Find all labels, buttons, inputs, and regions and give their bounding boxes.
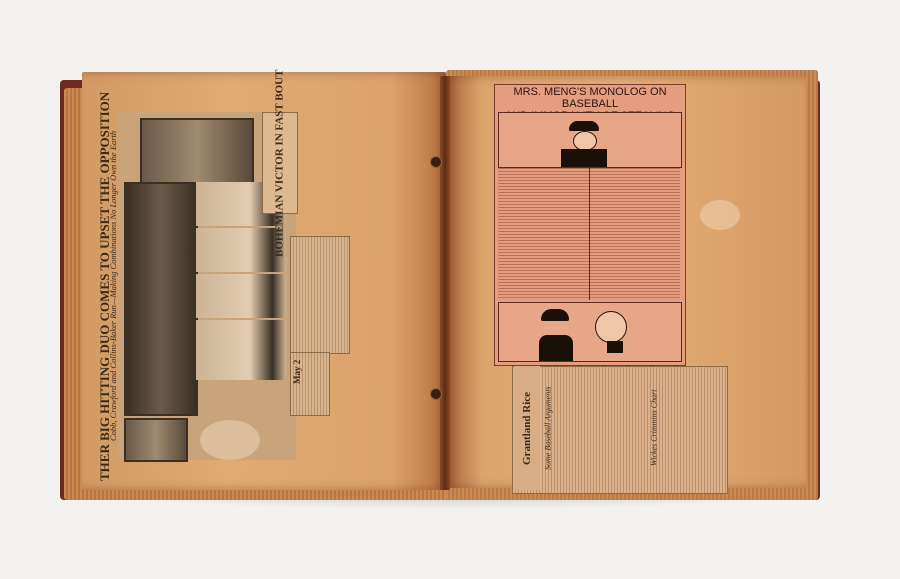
cartoon-woman (595, 311, 627, 343)
article-clipping (290, 236, 350, 354)
column-divider (589, 168, 590, 300)
cartoon-panel-bottom (498, 302, 682, 362)
page-stain-2 (200, 420, 260, 460)
cartoon-title-line1: MRS. MENG'S MONOLOG ON BASEBALL (500, 86, 680, 110)
binder-hole-top (430, 156, 442, 168)
player-photo-3 (196, 228, 286, 272)
left-subheadline: Cobb, Crawford and Collins-Baker Run—Mak… (106, 112, 120, 460)
player-photo-4 (196, 274, 286, 318)
date-fragment: May 2 (290, 352, 304, 392)
cap (541, 309, 569, 321)
player-photo-6 (124, 418, 188, 462)
binding-gutter (440, 76, 450, 490)
cartoon-panel-top (498, 112, 682, 168)
bowler-hat (569, 121, 599, 131)
player-photo-5 (196, 320, 286, 380)
team-photo (124, 182, 198, 416)
binder-hole-bottom (430, 388, 442, 400)
column-subtitle: Some Baseball Arguments (540, 366, 556, 490)
cartoon-suit (561, 149, 607, 167)
cartoon-face (573, 131, 597, 151)
bow-icon (607, 341, 623, 353)
column-header: Grantland Rice (514, 366, 540, 490)
column-subtitle-2: Wickes Crimmins Chart (646, 366, 662, 490)
cartoon-man (539, 335, 573, 361)
bohemian-headline: BOHEMIAN VICTOR IN FAST BOUT (262, 112, 298, 214)
player-photo-1 (140, 118, 254, 184)
page-stain (700, 200, 740, 230)
